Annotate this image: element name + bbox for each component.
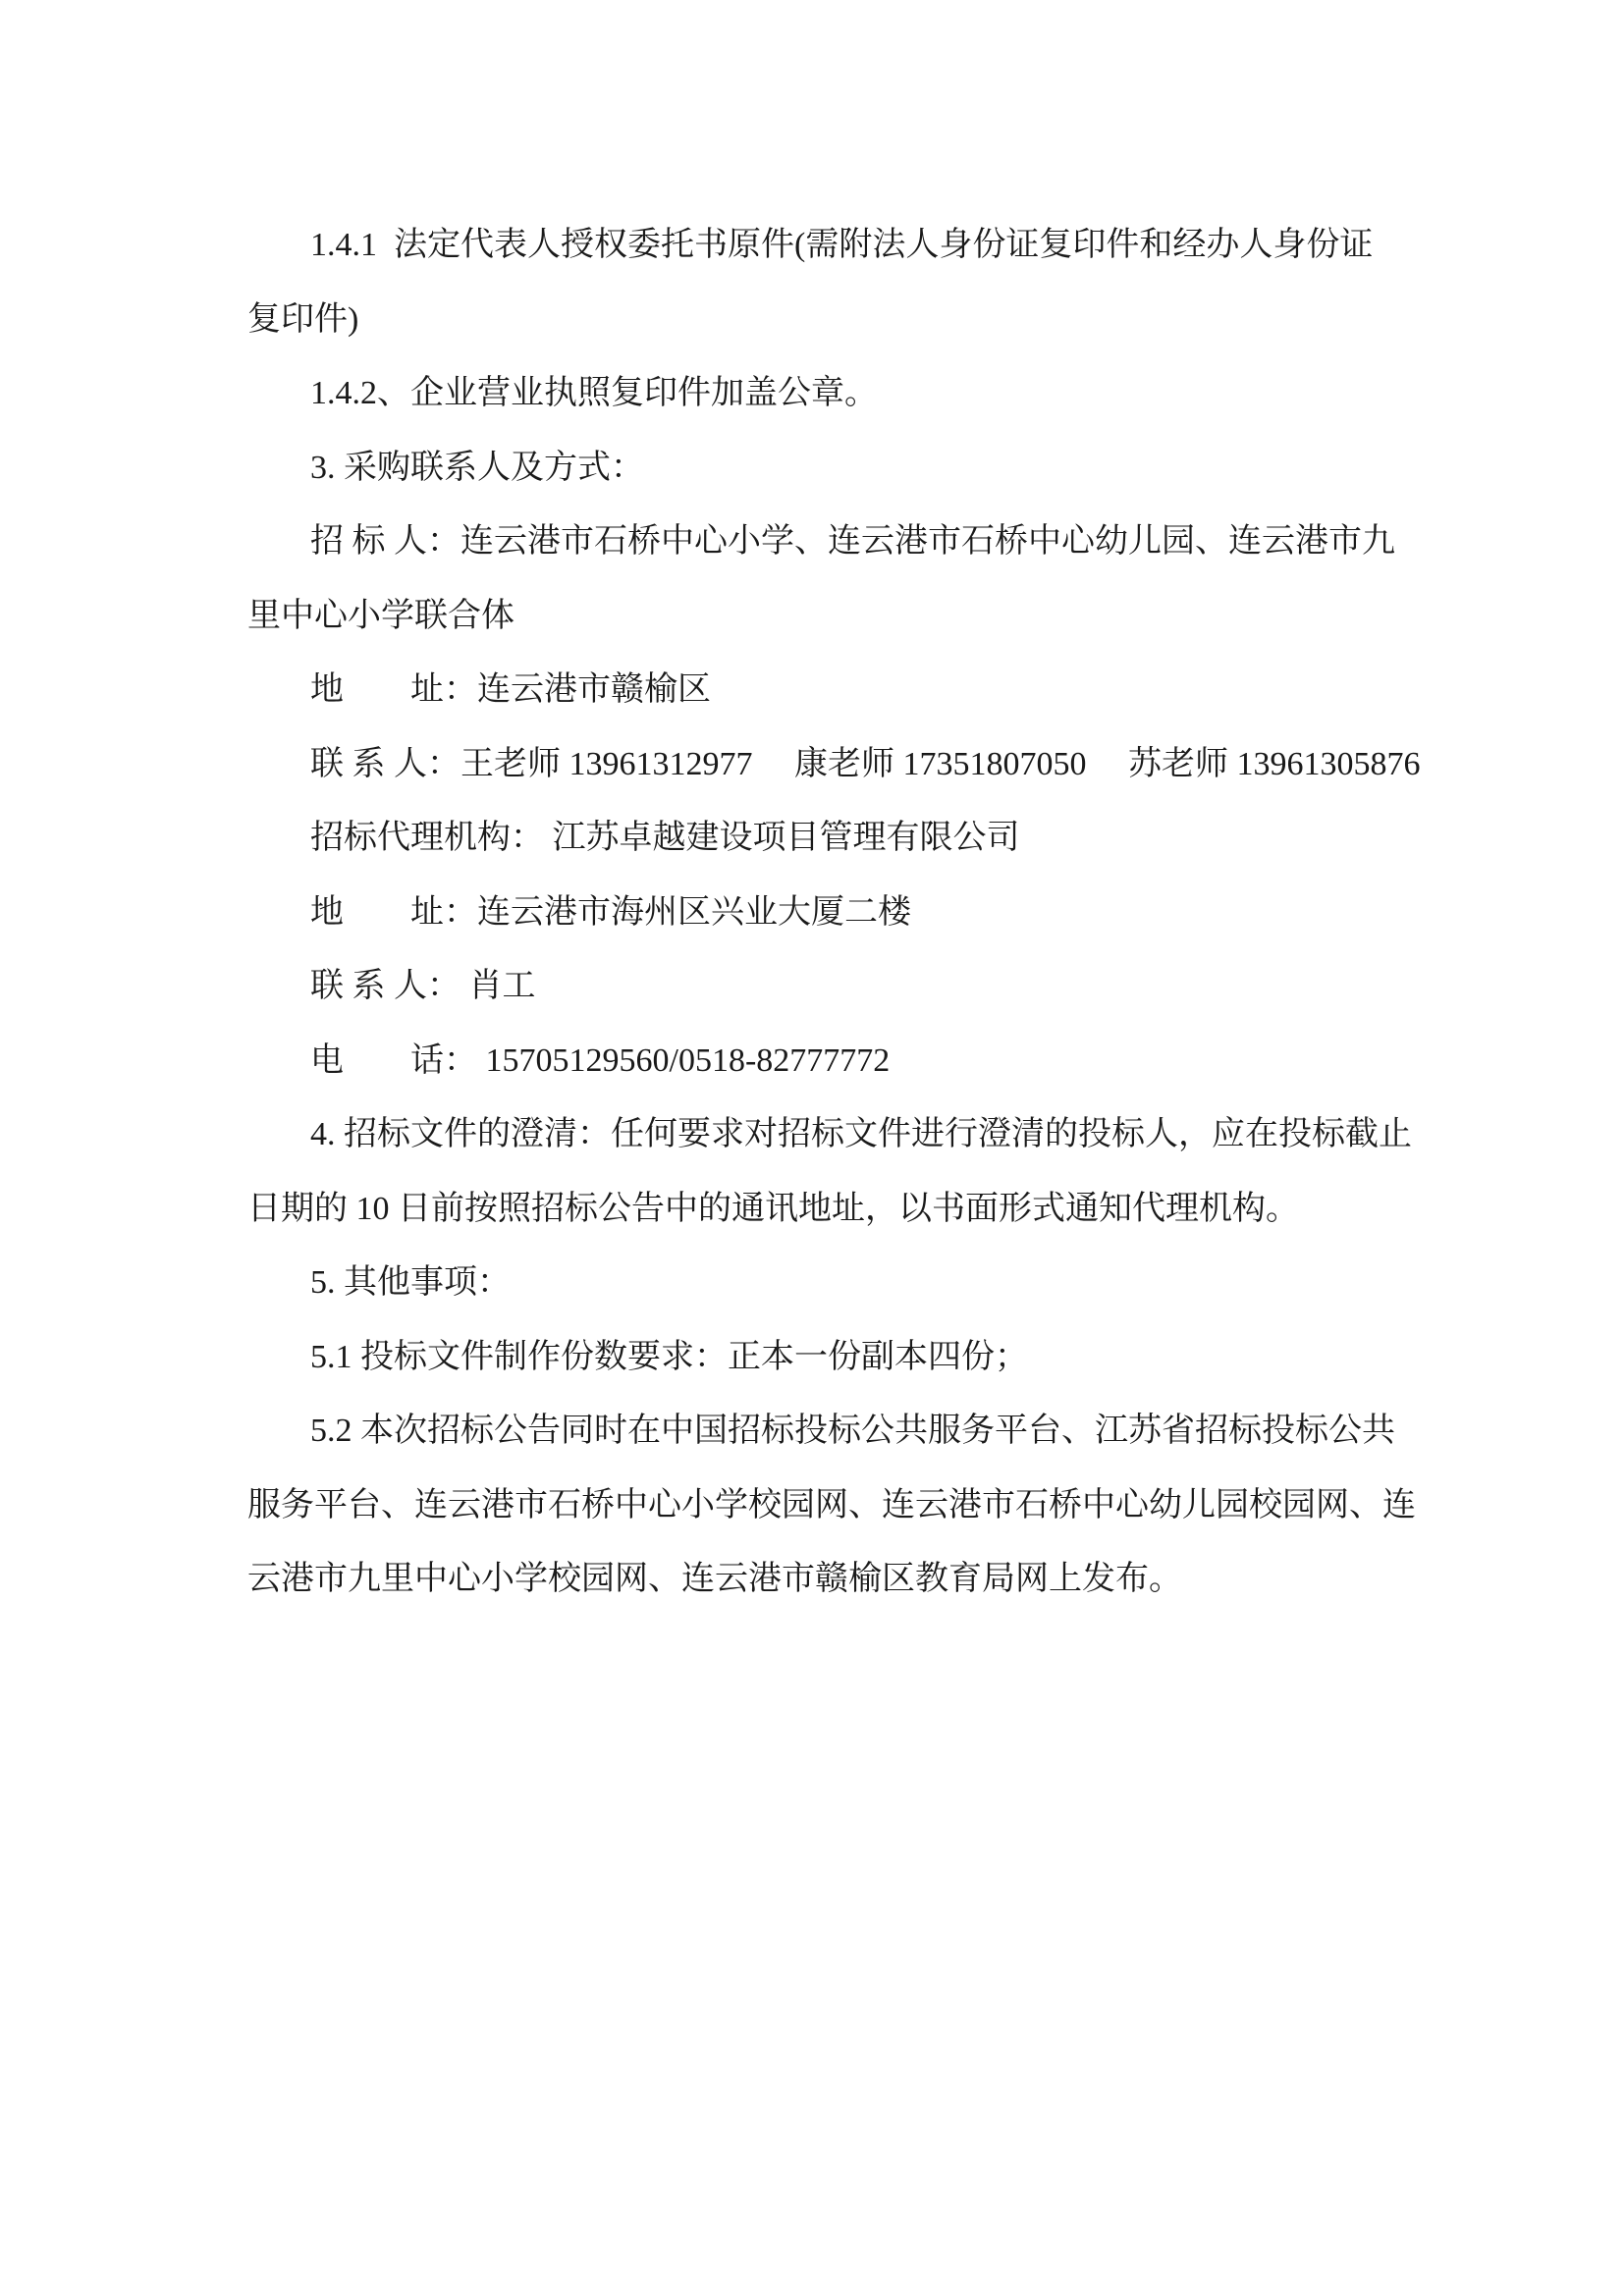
paragraph-line-15: 5. 其他事项： [247,1246,1391,1320]
paragraph-line-8: 联 系 人：王老师 13961312977 康老师 17351807050 苏老… [247,727,1391,802]
paragraph-line-17: 5.2 本次招标公告同时在中国招标投标公共服务平台、江苏省招标投标公共 [247,1394,1391,1468]
paragraph-line-6: 里中心小学联合体 [247,579,1391,654]
paragraph-line-11: 联 系 人： 肖工 [247,949,1391,1024]
paragraph-line-7: 地 址：连云港市赣榆区 [247,653,1391,727]
paragraph-line-1: 1.4.1 法定代表人授权委托书原件(需附法人身份证复印件和经办人身份证 [247,208,1391,283]
paragraph-line-13: 4. 招标文件的澄清：任何要求对招标文件进行澄清的投标人，应在投标截止 [247,1097,1391,1172]
paragraph-line-16: 5.1 投标文件制作份数要求：正本一份副本四份； [247,1320,1391,1395]
paragraph-line-2: 复印件) [247,283,1391,357]
paragraph-line-9: 招标代理机构： 江苏卓越建设项目管理有限公司 [247,801,1391,876]
paragraph-line-14: 日期的 10 日前按照招标公告中的通讯地址，以书面形式通知代理机构。 [247,1172,1391,1247]
paragraph-line-18: 服务平台、连云港市石桥中心小学校园网、连云港市石桥中心幼儿园校园网、连 [247,1468,1391,1543]
paragraph-line-5: 招 标 人：连云港市石桥中心小学、连云港市石桥中心幼儿园、连云港市九 [247,505,1391,579]
document-text-block: 1.4.1 法定代表人授权委托书原件(需附法人身份证复印件和经办人身份证 复印件… [247,208,1391,1617]
paragraph-line-19: 云港市九里中心小学校园网、连云港市赣榆区教育局网上发布。 [247,1542,1391,1617]
paragraph-line-12: 电 话： 15705129560/0518-82777772 [247,1024,1391,1098]
paragraph-line-4: 3. 采购联系人及方式： [247,431,1391,506]
paragraph-line-10: 地 址：连云港市海州区兴业大厦二楼 [247,876,1391,950]
document-page: 1.4.1 法定代表人授权委托书原件(需附法人身份证复印件和经办人身份证 复印件… [0,0,1624,2296]
paragraph-line-3: 1.4.2、企业营业执照复印件加盖公章。 [247,356,1391,431]
